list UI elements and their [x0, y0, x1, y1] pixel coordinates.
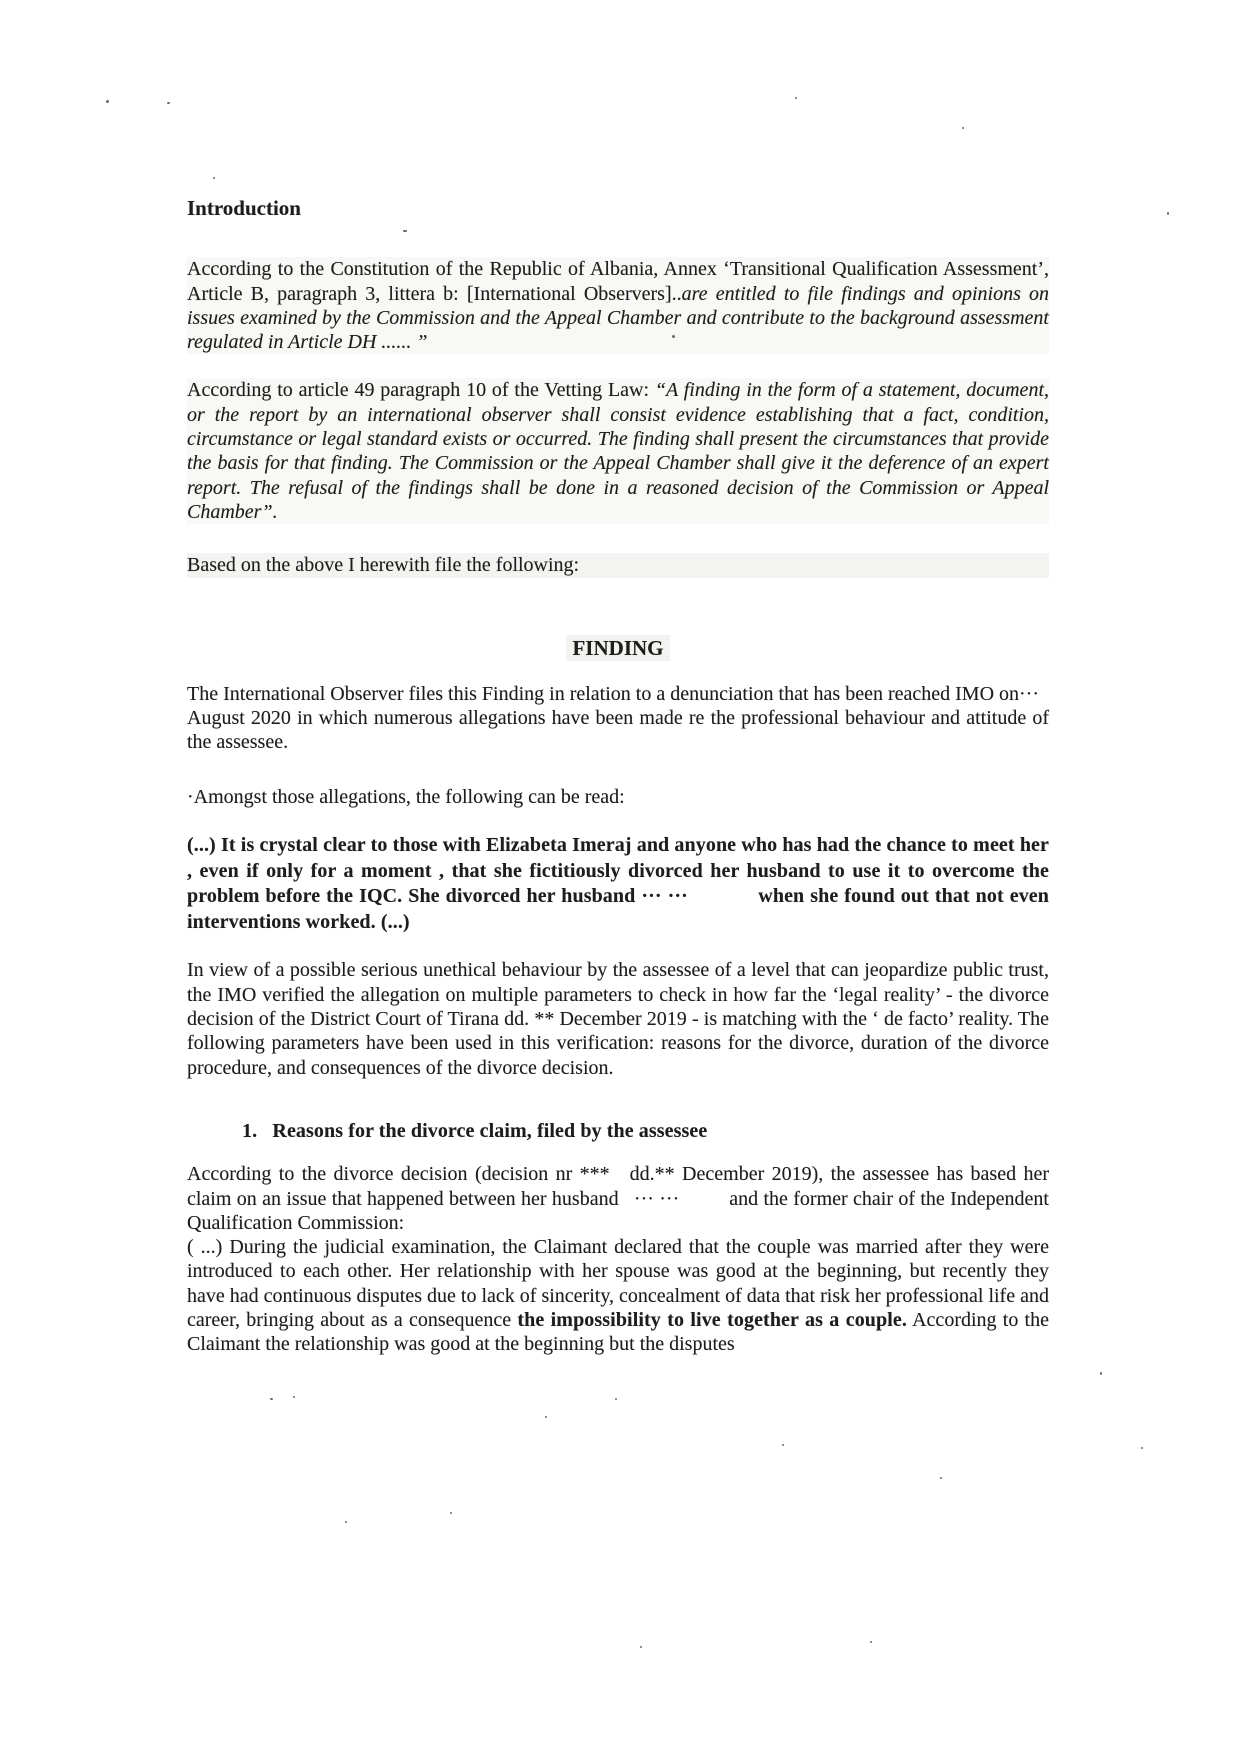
finding-heading: FINDING: [187, 636, 1049, 660]
finding-heading-label: FINDING: [566, 635, 669, 661]
scan-speck: [640, 1646, 642, 1648]
text-segment: 1. Reasons for the divorce claim, filed …: [242, 1120, 707, 1142]
scan-speck: [1167, 212, 1169, 215]
scan-speck: [1100, 1372, 1102, 1375]
scanned-document-page: Introduction According to the Constituti…: [0, 0, 1237, 1747]
scan-speck: [167, 102, 170, 104]
scan-speck: [106, 100, 109, 103]
text-segment: the impossibility to live together as a …: [517, 1309, 907, 1331]
paragraph-vetting-law: According to article 49 paragraph 10 of …: [187, 378, 1049, 524]
paragraph-constitution: According to the Constitution of the Rep…: [187, 257, 1049, 354]
text-segment: In view of a possible serious unethical …: [187, 959, 1049, 1078]
scan-speck: [940, 1477, 942, 1479]
text-segment: ·Amongst those allegations, the followin…: [187, 786, 625, 808]
scan-speck: [795, 97, 797, 99]
paragraph-divorce-decision: According to the divorce decision (decis…: [187, 1162, 1049, 1235]
text-segment: Based on the above I herewith file the f…: [187, 554, 579, 576]
text-segment: According to the divorce decision (decis…: [187, 1163, 1049, 1234]
paragraph-amongst-allegations: ·Amongst those allegations, the followin…: [187, 785, 1049, 809]
section-1-heading: 1. Reasons for the divorce claim, filed …: [187, 1119, 1049, 1143]
scan-speck: [615, 1398, 617, 1400]
introduction-heading: Introduction: [187, 196, 1049, 220]
scan-speck: [450, 1512, 452, 1514]
text-segment: (...) It is crystal clear to those with …: [187, 834, 1049, 933]
scan-speck: [270, 1398, 273, 1400]
scan-speck: [870, 1641, 872, 1643]
scan-speck: [213, 177, 215, 179]
paragraph-denunciation: The International Observer files this Fi…: [187, 682, 1049, 755]
scan-speck: [782, 1444, 784, 1446]
text-segment: The International Observer files this Fi…: [187, 683, 1049, 754]
scan-speck: [545, 1416, 547, 1418]
paragraph-allegation-quote: (...) It is crystal clear to those with …: [187, 833, 1049, 935]
paragraph-file-following: Based on the above I herewith file the f…: [187, 553, 1049, 577]
scan-speck: [345, 1521, 347, 1523]
scan-speck: [403, 230, 407, 232]
scan-speck: [293, 1396, 295, 1398]
document-body: Introduction According to the Constituti…: [187, 196, 1049, 1357]
scan-speck: [962, 127, 964, 129]
scan-speck: [1141, 1447, 1143, 1449]
paragraph-judicial-examination: ( ...) During the judicial examination, …: [187, 1235, 1049, 1356]
paragraph-imo-verification: In view of a possible serious unethical …: [187, 958, 1049, 1079]
text-segment: According to article 49 paragraph 10 of …: [187, 379, 655, 401]
scan-speck: [672, 335, 675, 338]
